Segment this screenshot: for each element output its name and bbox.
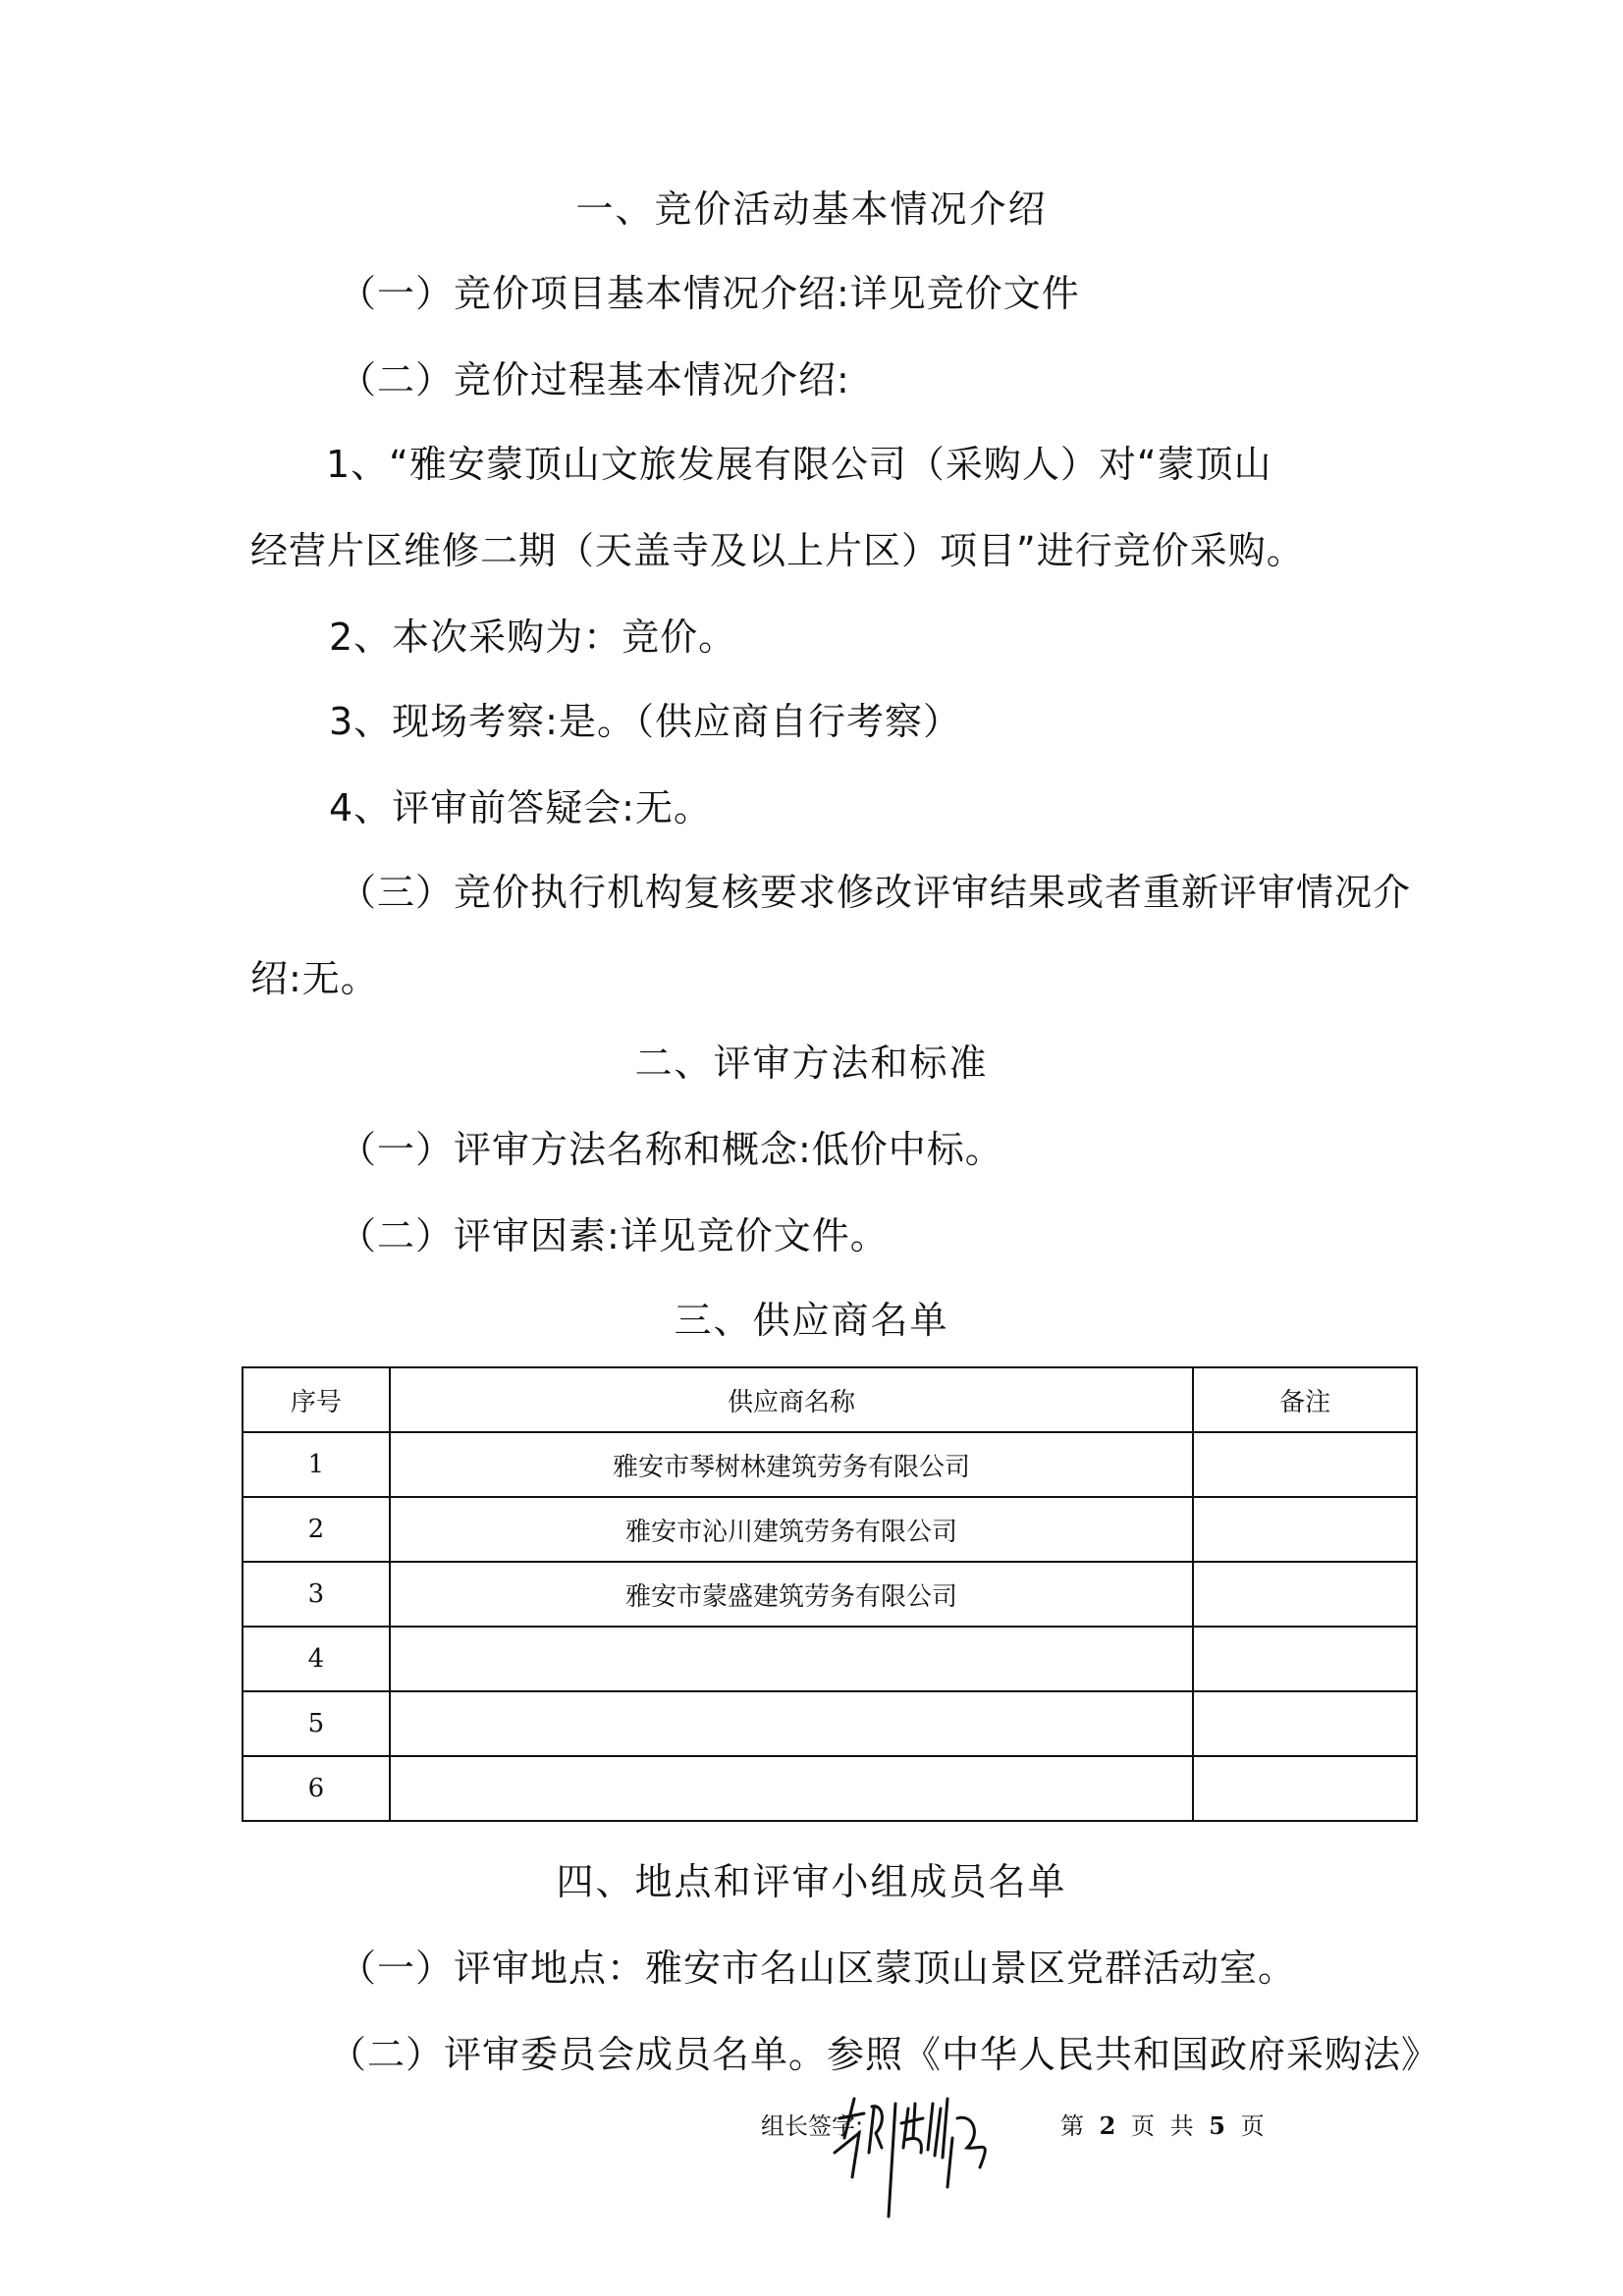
page-number: 第 2 页 共 5 页 [1060, 2107, 1269, 2141]
section1-point1-line1: 1、“雅安蒙顶山文旅发展有限公司（采购人）对“蒙顶山 [326, 442, 1272, 487]
section2-item1: （一）评审方法名称和概念:低价中标。 [339, 1127, 1003, 1172]
section1-item3-line2: 绍:无。 [250, 956, 379, 1001]
row-supplier-name: 雅安市蒙盛建筑劳务有限公司 [390, 1562, 1194, 1627]
header-supplier-name: 供应商名称 [390, 1367, 1194, 1432]
section1-item3-line1: （三）竞价执行机构复核要求修改评审结果或者重新评审情况介 [339, 870, 1411, 915]
row-note [1193, 1497, 1417, 1562]
row-supplier-name [390, 1691, 1194, 1756]
row-note [1193, 1756, 1417, 1821]
page-suffix: 页 [1241, 2112, 1269, 2140]
page-prefix: 第 [1060, 2112, 1088, 2140]
handwritten-signature-icon [825, 2079, 1051, 2226]
row-supplier-name [390, 1627, 1194, 1691]
row-note [1193, 1627, 1417, 1691]
table-row: 4 [243, 1627, 1417, 1691]
table-header-row: 序号 供应商名称 备注 [243, 1367, 1417, 1432]
section1-point3: 3、现场考察:是。（供应商自行考察） [329, 699, 961, 744]
page-total: 5 [1209, 2111, 1229, 2140]
row-note [1193, 1691, 1417, 1756]
row-note [1193, 1562, 1417, 1627]
section2-item2: （二）评审因素:详见竞价文件。 [339, 1213, 889, 1258]
section1-point4: 4、评审前答疑会:无。 [329, 785, 712, 830]
section1-item1: （一）竞价项目基本情况介绍:详见竞价文件 [339, 271, 1080, 316]
section4-item1: （一）评审地点：雅安市名山区蒙顶山景区党群活动室。 [339, 1946, 1296, 1991]
section1-title: 一、竞价活动基本情况介绍 [0, 187, 1623, 232]
section1-item2: （二）竞价过程基本情况介绍: [339, 357, 850, 402]
section1-point2: 2、本次采购为：竞价。 [329, 614, 736, 660]
header-no: 序号 [243, 1367, 390, 1432]
table-row: 1 雅安市琴树林建筑劳务有限公司 [243, 1432, 1417, 1497]
supplier-table: 序号 供应商名称 备注 1 雅安市琴树林建筑劳务有限公司 2 雅安市沁川建筑劳务… [242, 1366, 1418, 1822]
row-no: 1 [243, 1432, 390, 1497]
section1-point1-line2: 经营片区维修二期（天盖寺及以上片区）项目”进行竞价采购。 [250, 528, 1305, 573]
page-mid: 页 共 [1131, 2112, 1198, 2140]
table-row: 6 [243, 1756, 1417, 1821]
section4-title: 四、地点和评审小组成员名单 [0, 1859, 1623, 1904]
row-no: 2 [243, 1497, 390, 1562]
page-current: 2 [1100, 2111, 1120, 2140]
table-row: 5 [243, 1691, 1417, 1756]
row-no: 6 [243, 1756, 390, 1821]
section4-item2: （二）评审委员会成员名单。参照《中华人民共和国政府采购法》 [329, 2032, 1439, 2077]
row-no: 4 [243, 1627, 390, 1691]
section3-title: 三、供应商名单 [0, 1298, 1623, 1343]
row-supplier-name: 雅安市琴树林建筑劳务有限公司 [390, 1432, 1194, 1497]
row-no: 3 [243, 1562, 390, 1627]
table-row: 2 雅安市沁川建筑劳务有限公司 [243, 1497, 1417, 1562]
section2-title: 二、评审方法和标准 [0, 1041, 1623, 1086]
document-page: 一、竞价活动基本情况介绍 （一）竞价项目基本情况介绍:详见竞价文件 （二）竞价过… [0, 0, 1623, 2296]
row-no: 5 [243, 1691, 390, 1756]
row-supplier-name [390, 1756, 1194, 1821]
header-note: 备注 [1193, 1367, 1417, 1432]
table-row: 3 雅安市蒙盛建筑劳务有限公司 [243, 1562, 1417, 1627]
row-note [1193, 1432, 1417, 1497]
row-supplier-name: 雅安市沁川建筑劳务有限公司 [390, 1497, 1194, 1562]
